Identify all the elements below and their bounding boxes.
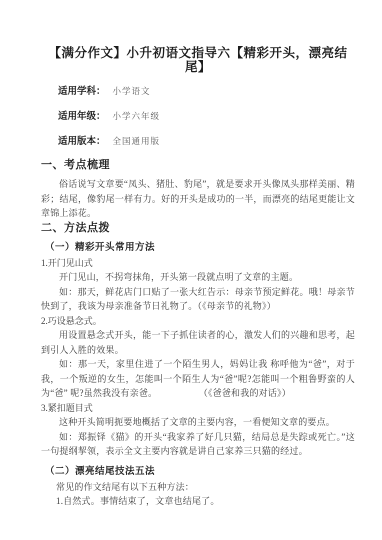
method-desc-1: 开门见山，不拐弯抹角，开头第一段就点明了文章的主题。 <box>41 270 355 285</box>
method-title-3: 3.紧扣题目式 <box>41 401 355 416</box>
method-desc-3: 这种开头简明扼要地概括了文章的主要内容，一看便知文章的要点。 <box>41 415 355 430</box>
meta-value: 全国通用版 <box>113 136 161 146</box>
section-heading-exam-points: 一、考点梳理 <box>41 159 355 172</box>
method-title-1: 1.开门见山式 <box>41 256 355 271</box>
method-desc-2: 用设置悬念式开头，能一下子抓住读者的心，激发人们的兴趣和思考，起到引人入胜的效果… <box>41 328 355 357</box>
method-example-2: 如：那一天，家里住进了一个陌生男人，妈妈让我 称呼他为“爸”，对于我，一个叛逆的… <box>41 357 355 401</box>
meta-block: 适用学科： 小学语文 适用年级： 小学六年级 适用版本： 全国通用版 <box>58 84 355 147</box>
example-citation: （《爸爸和我的对话》） <box>157 388 291 398</box>
subsection-heading-endings: （二）漂亮结尾技法五法 <box>45 465 355 479</box>
meta-label: 适用学科： <box>58 86 106 97</box>
exam-points-paragraph: 俗话说写文章要“凤头、猪肚、豹尾”，就是要求开头像凤头那样美丽、精彩；结尾，像豹… <box>41 177 355 221</box>
meta-value: 小学六年级 <box>113 111 161 121</box>
method-title-2: 2.巧设悬念式。 <box>41 314 355 329</box>
subsection-heading-openings: （一）精彩开头常用方法 <box>45 241 355 255</box>
method-example-1: 如：那天，鲜花店门口贴了一张大红告示：母亲节预定鲜花。哦！母亲节快到了，我该为母… <box>41 285 355 314</box>
endings-intro: 常见的作文结尾有以下五种方法： <box>41 480 355 495</box>
meta-value: 小学语文 <box>113 86 151 96</box>
document-page: 【满分作文】小升初语文指导六【精彩开头，漂亮结尾】 适用学科： 小学语文 适用年… <box>0 0 382 540</box>
meta-label: 适用版本： <box>58 136 106 147</box>
meta-label: 适用年级： <box>58 111 106 122</box>
meta-row-edition: 适用版本： 全国通用版 <box>58 134 355 147</box>
method-example-3: 如：郑振铎《猫》的开头“我家养了好几只猫，结局总是失踪或死亡。”这一句提纲挈领，… <box>41 430 355 459</box>
meta-row-grade: 适用年级： 小学六年级 <box>58 109 355 122</box>
page-title: 【满分作文】小升初语文指导六【精彩开头，漂亮结尾】 <box>41 46 355 74</box>
meta-row-subject: 适用学科： 小学语文 <box>58 84 355 97</box>
ending-method-1: 1.自然式。事情结束了，文章也结尾了。 <box>41 494 355 509</box>
section-heading-methods: 二、方法点拨 <box>41 222 355 235</box>
